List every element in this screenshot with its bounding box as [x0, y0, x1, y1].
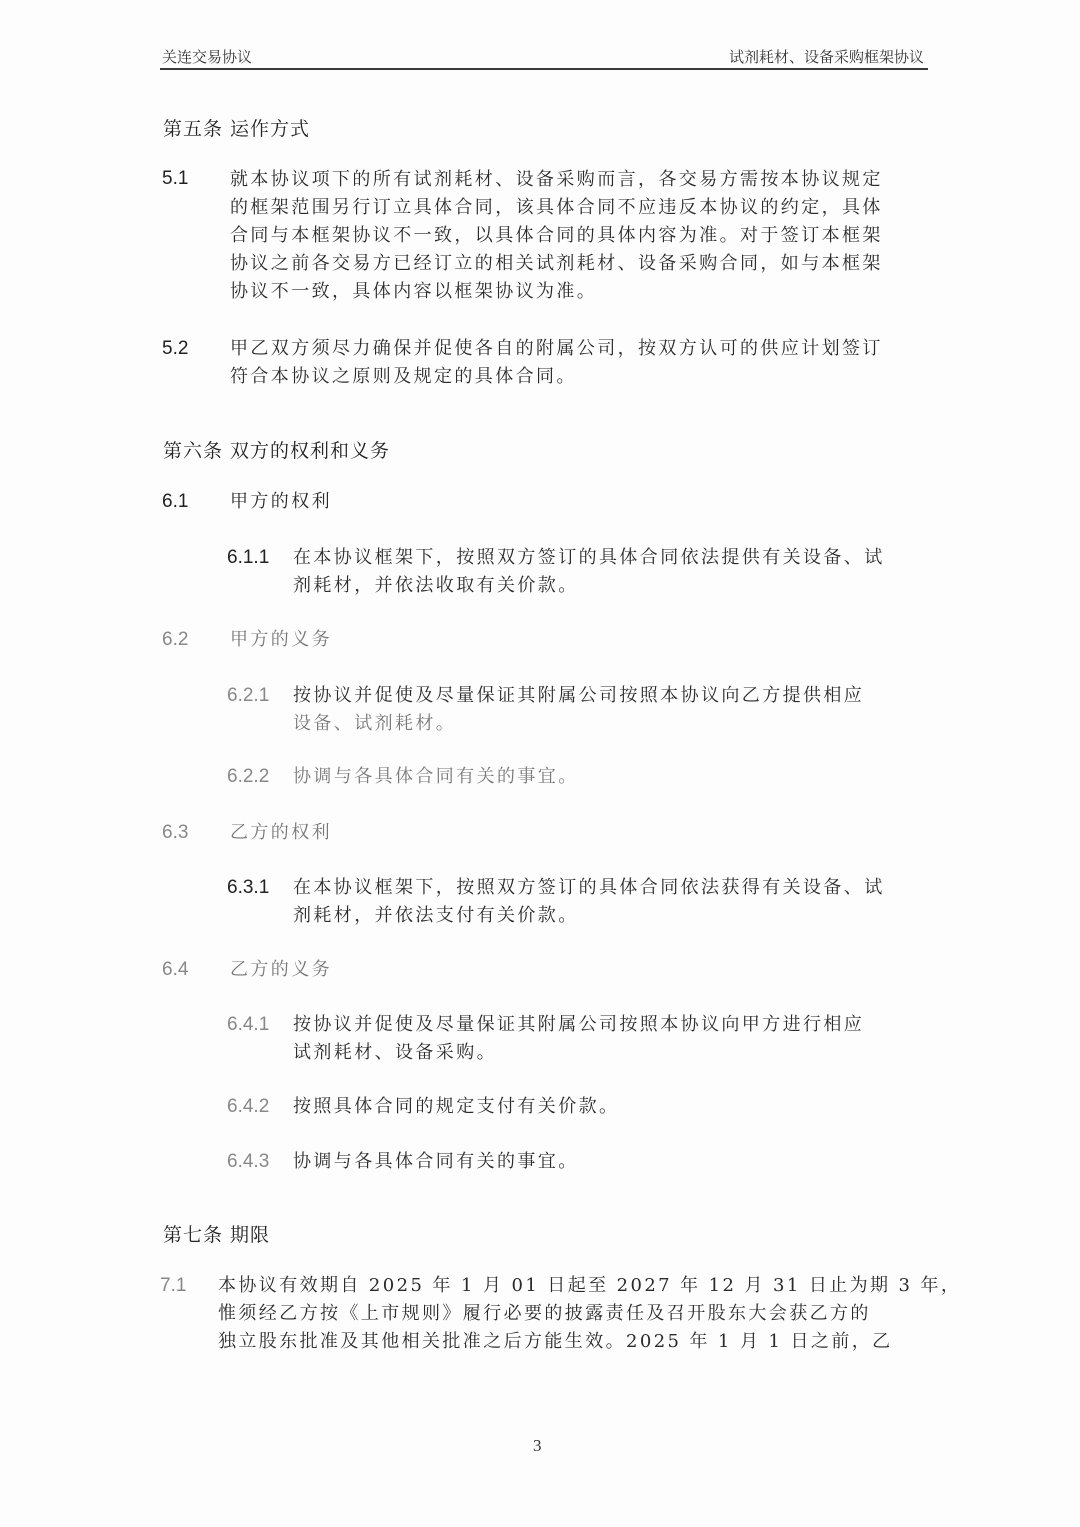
clause-5-2-text: 甲乙双方须尽力确保并促使各自的附属公司，按双方认可的供应计划签订 符合本协议之原…: [230, 335, 883, 391]
clause-6-1-1-text: 在本协议框架下，按照双方签订的具体合同依法提供有关设备、试 剂耗材，并依法收取有…: [293, 544, 885, 600]
clause-6-4-number: 6.4: [162, 959, 188, 981]
clause-6-4-text: 乙方的义务: [230, 956, 332, 984]
clause-6-4-2-number: 6.4.2: [227, 1096, 269, 1118]
clause-6-3-1-text: 在本协议框架下，按照双方签订的具体合同依法获得有关设备、试 剂耗材，并依法支付有…: [293, 874, 885, 930]
clause-5-2-number: 5.2: [162, 338, 188, 360]
clause-6-3-1-number: 6.3.1: [227, 877, 269, 899]
page-header: 关连交易协议 试剂耗材、设备采购框架协议: [160, 46, 928, 70]
clause-6-1-number: 6.1: [162, 491, 188, 513]
clause-6-3-number: 6.3: [162, 822, 188, 844]
clause-6-2-2-number: 6.2.2: [227, 766, 269, 788]
clause-6-4-2-text: 按照具体合同的规定支付有关价款。: [293, 1093, 619, 1121]
page-number: 3: [533, 1436, 542, 1456]
clause-6-4-1-text: 按协议并促使及尽量保证其附属公司按照本协议向甲方进行相应 试剂耗材、设备采购。: [293, 1011, 864, 1067]
clause-6-3-text: 乙方的权利: [230, 819, 332, 847]
clause-6-2-2-text: 协调与各具体合同有关的事宜。: [293, 763, 579, 791]
clause-6-2-number: 6.2: [162, 629, 188, 651]
article-7-heading: 第七条 期限: [163, 1220, 270, 1247]
clause-6-2-1-text: 按协议并促使及尽量保证其附属公司按照本协议向乙方提供相应 设备、试剂耗材。: [293, 682, 864, 738]
clause-6-4-1-number: 6.4.1: [227, 1014, 269, 1036]
header-left-title: 关连交易协议: [162, 46, 252, 67]
clause-7-1-number: 7.1: [160, 1275, 186, 1297]
clause-5-1-text: 就本协议项下的所有试剂耗材、设备采购而言，各交易方需按本协议规定 的框架范围另行…: [230, 166, 883, 306]
clause-6-2-1-number: 6.2.1: [227, 685, 269, 707]
article-5-heading: 第五条 运作方式: [163, 114, 310, 141]
clause-7-1-text: 本协议有效期自 2025 年 1 月 01 日起至 2027 年 12 月 31…: [218, 1272, 961, 1356]
clause-6-4-3-number: 6.4.3: [227, 1151, 269, 1173]
article-6-heading: 第六条 双方的权利和义务: [163, 436, 390, 463]
header-right-title: 试剂耗材、设备采购框架协议: [729, 46, 924, 67]
document-page: 关连交易协议 试剂耗材、设备采购框架协议 第五条 运作方式 5.1 就本协议项下…: [0, 0, 1080, 1527]
clause-6-1-text: 甲方的权利: [230, 488, 332, 516]
clause-6-2-text: 甲方的义务: [230, 626, 332, 654]
clause-5-1-number: 5.1: [162, 168, 188, 190]
clause-6-4-3-text: 协调与各具体合同有关的事宜。: [293, 1148, 579, 1176]
clause-6-1-1-number: 6.1.1: [227, 547, 269, 569]
